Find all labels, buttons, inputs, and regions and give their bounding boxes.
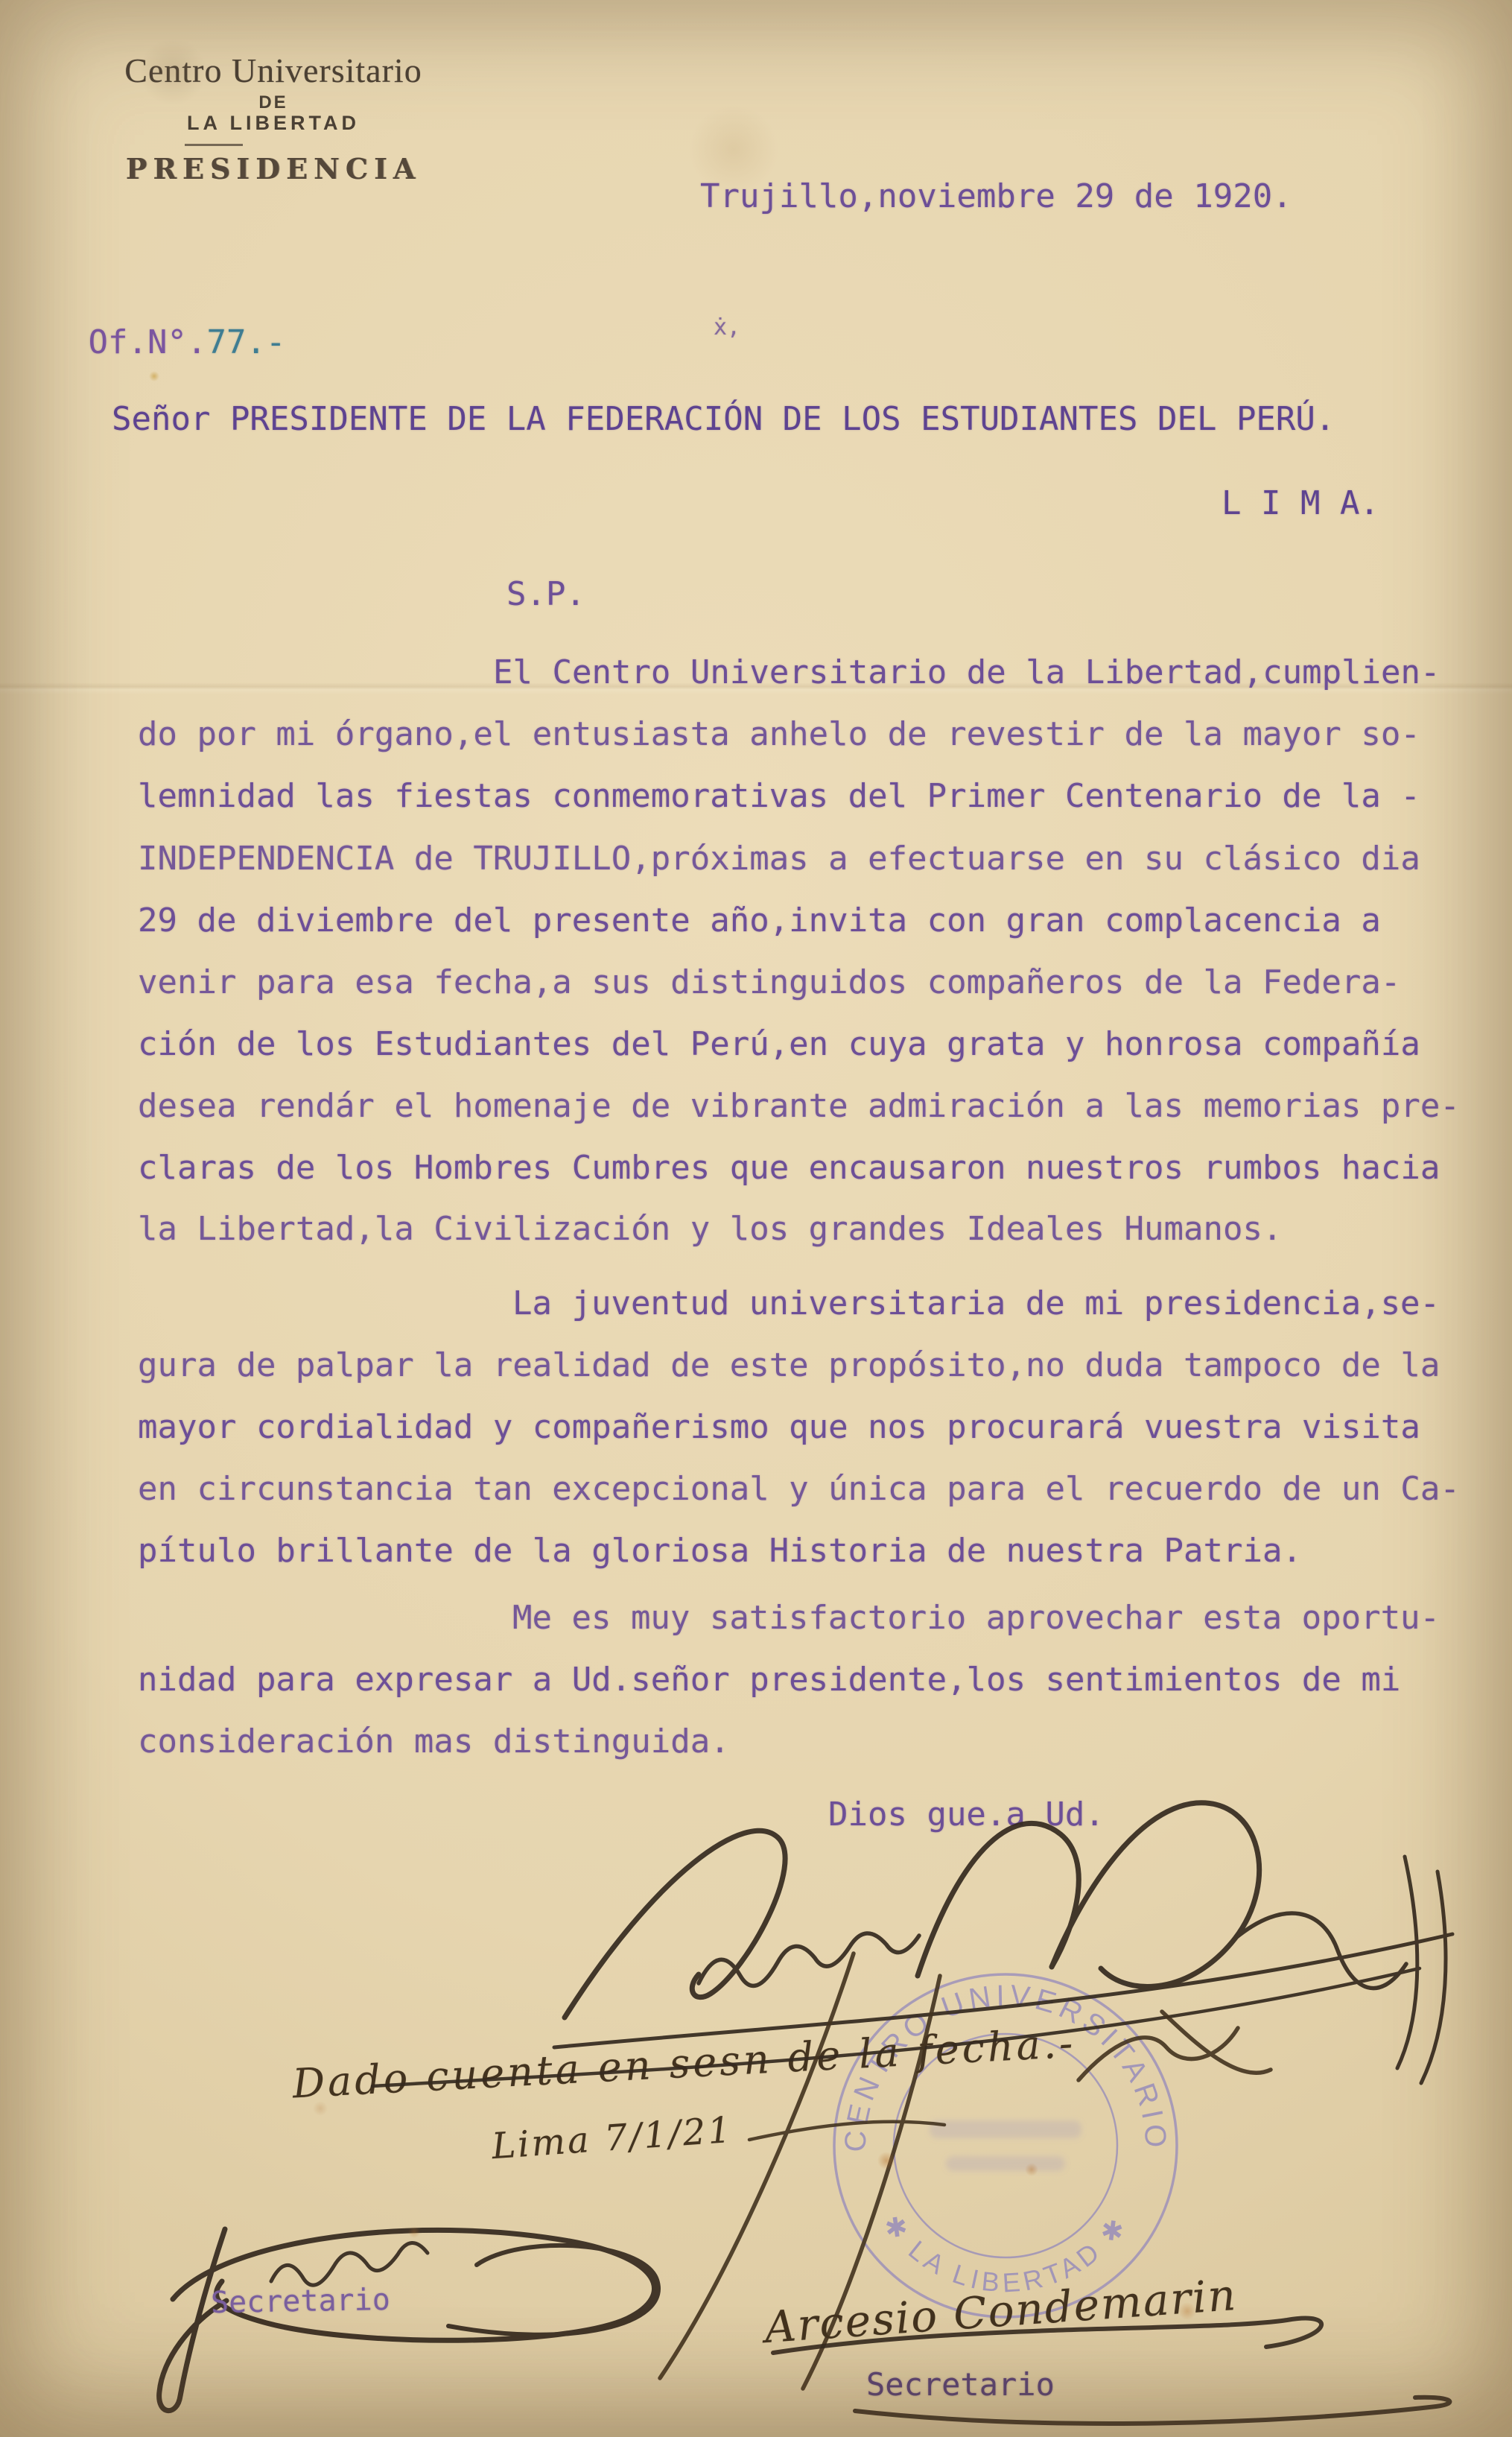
- body-line: La juventud universitaria de mi presiden…: [512, 1284, 1440, 1322]
- secretary-title-right: Secretario: [866, 2366, 1055, 2403]
- body-line: INDEPENDENCIA de TRUJILLO,próximas a efe…: [138, 840, 1420, 878]
- letterhead-org-de: DE: [109, 92, 437, 113]
- recipient-line: Señor PRESIDENTE DE LA FEDERACIÓN DE LOS…: [112, 400, 1335, 438]
- city-line: L I M A.: [1222, 484, 1379, 522]
- office-number: Of.N°.77.-: [60, 309, 285, 375]
- body-line: claras de los Hombres Cumbres que encaus…: [138, 1149, 1440, 1187]
- letterhead-org-region: LA LIBERTAD: [109, 112, 437, 135]
- right-secretary-signature-name: Arcesio Condemarin: [763, 2269, 1239, 2353]
- body-line: El Centro Universitario de la Libertad,c…: [493, 653, 1440, 691]
- body-line: gura de palpar la realidad de este propó…: [138, 1346, 1440, 1384]
- dateline: Trujillo,noviembre 29 de 1920.: [700, 177, 1292, 215]
- seal-center-smudge: [930, 2120, 1081, 2171]
- office-number-value: 77.-: [206, 323, 285, 361]
- body-line: 29 de diviembre del presente año,invita …: [138, 901, 1381, 939]
- salutation: S.P.: [506, 575, 585, 613]
- received-note-line1: Dado cuenta en sesn de la fecha.-: [291, 2019, 1077, 2107]
- left-secretary-signature-ink: [159, 2229, 658, 2411]
- closing-line: Dios gue.a Ud.: [828, 1796, 1105, 1834]
- body-line: lemnidad las fiestas conmemorativas del …: [138, 777, 1420, 815]
- body-line: desea rendár el homenaje de vibrante adm…: [138, 1087, 1460, 1125]
- body-line: Me es muy satisfactorio aprovechar esta …: [512, 1599, 1440, 1637]
- body-line: la Libertad,la Civilización y los grande…: [138, 1210, 1282, 1248]
- received-note-line2: Lima 7/1/21: [490, 2109, 734, 2167]
- body-line: pítulo brillante de la gloriosa Historia…: [138, 1532, 1302, 1570]
- body-line: ción de los Estudiantes del Perú,en cuya…: [138, 1025, 1420, 1063]
- document-scan: Centro Universitario DE LA LIBERTAD PRES…: [0, 0, 1512, 2437]
- body-line: nidad para expresar a Ud.señor president…: [138, 1661, 1400, 1699]
- letterhead-divider: [185, 144, 243, 146]
- stray-ink-mark: ẋ,: [714, 314, 740, 340]
- office-number-prefix: Of.N°.: [89, 323, 207, 361]
- secretary-title-left: Secretario: [211, 2283, 391, 2320]
- body-line: consideración mas distinguida.: [138, 1723, 730, 1761]
- letterhead-org-name: Centro Universitario: [109, 51, 437, 90]
- letterhead-dept: PRESIDENCIA: [109, 152, 437, 186]
- body-line: en circunstancia tan excepcional y única…: [138, 1470, 1460, 1508]
- body-line: do por mi órgano,el entusiasta anhelo de…: [138, 715, 1420, 753]
- body-line: mayor cordialidad y compañerismo que nos…: [138, 1408, 1420, 1446]
- body-line: venir para esa fecha,a sus distinguidos …: [138, 963, 1400, 1001]
